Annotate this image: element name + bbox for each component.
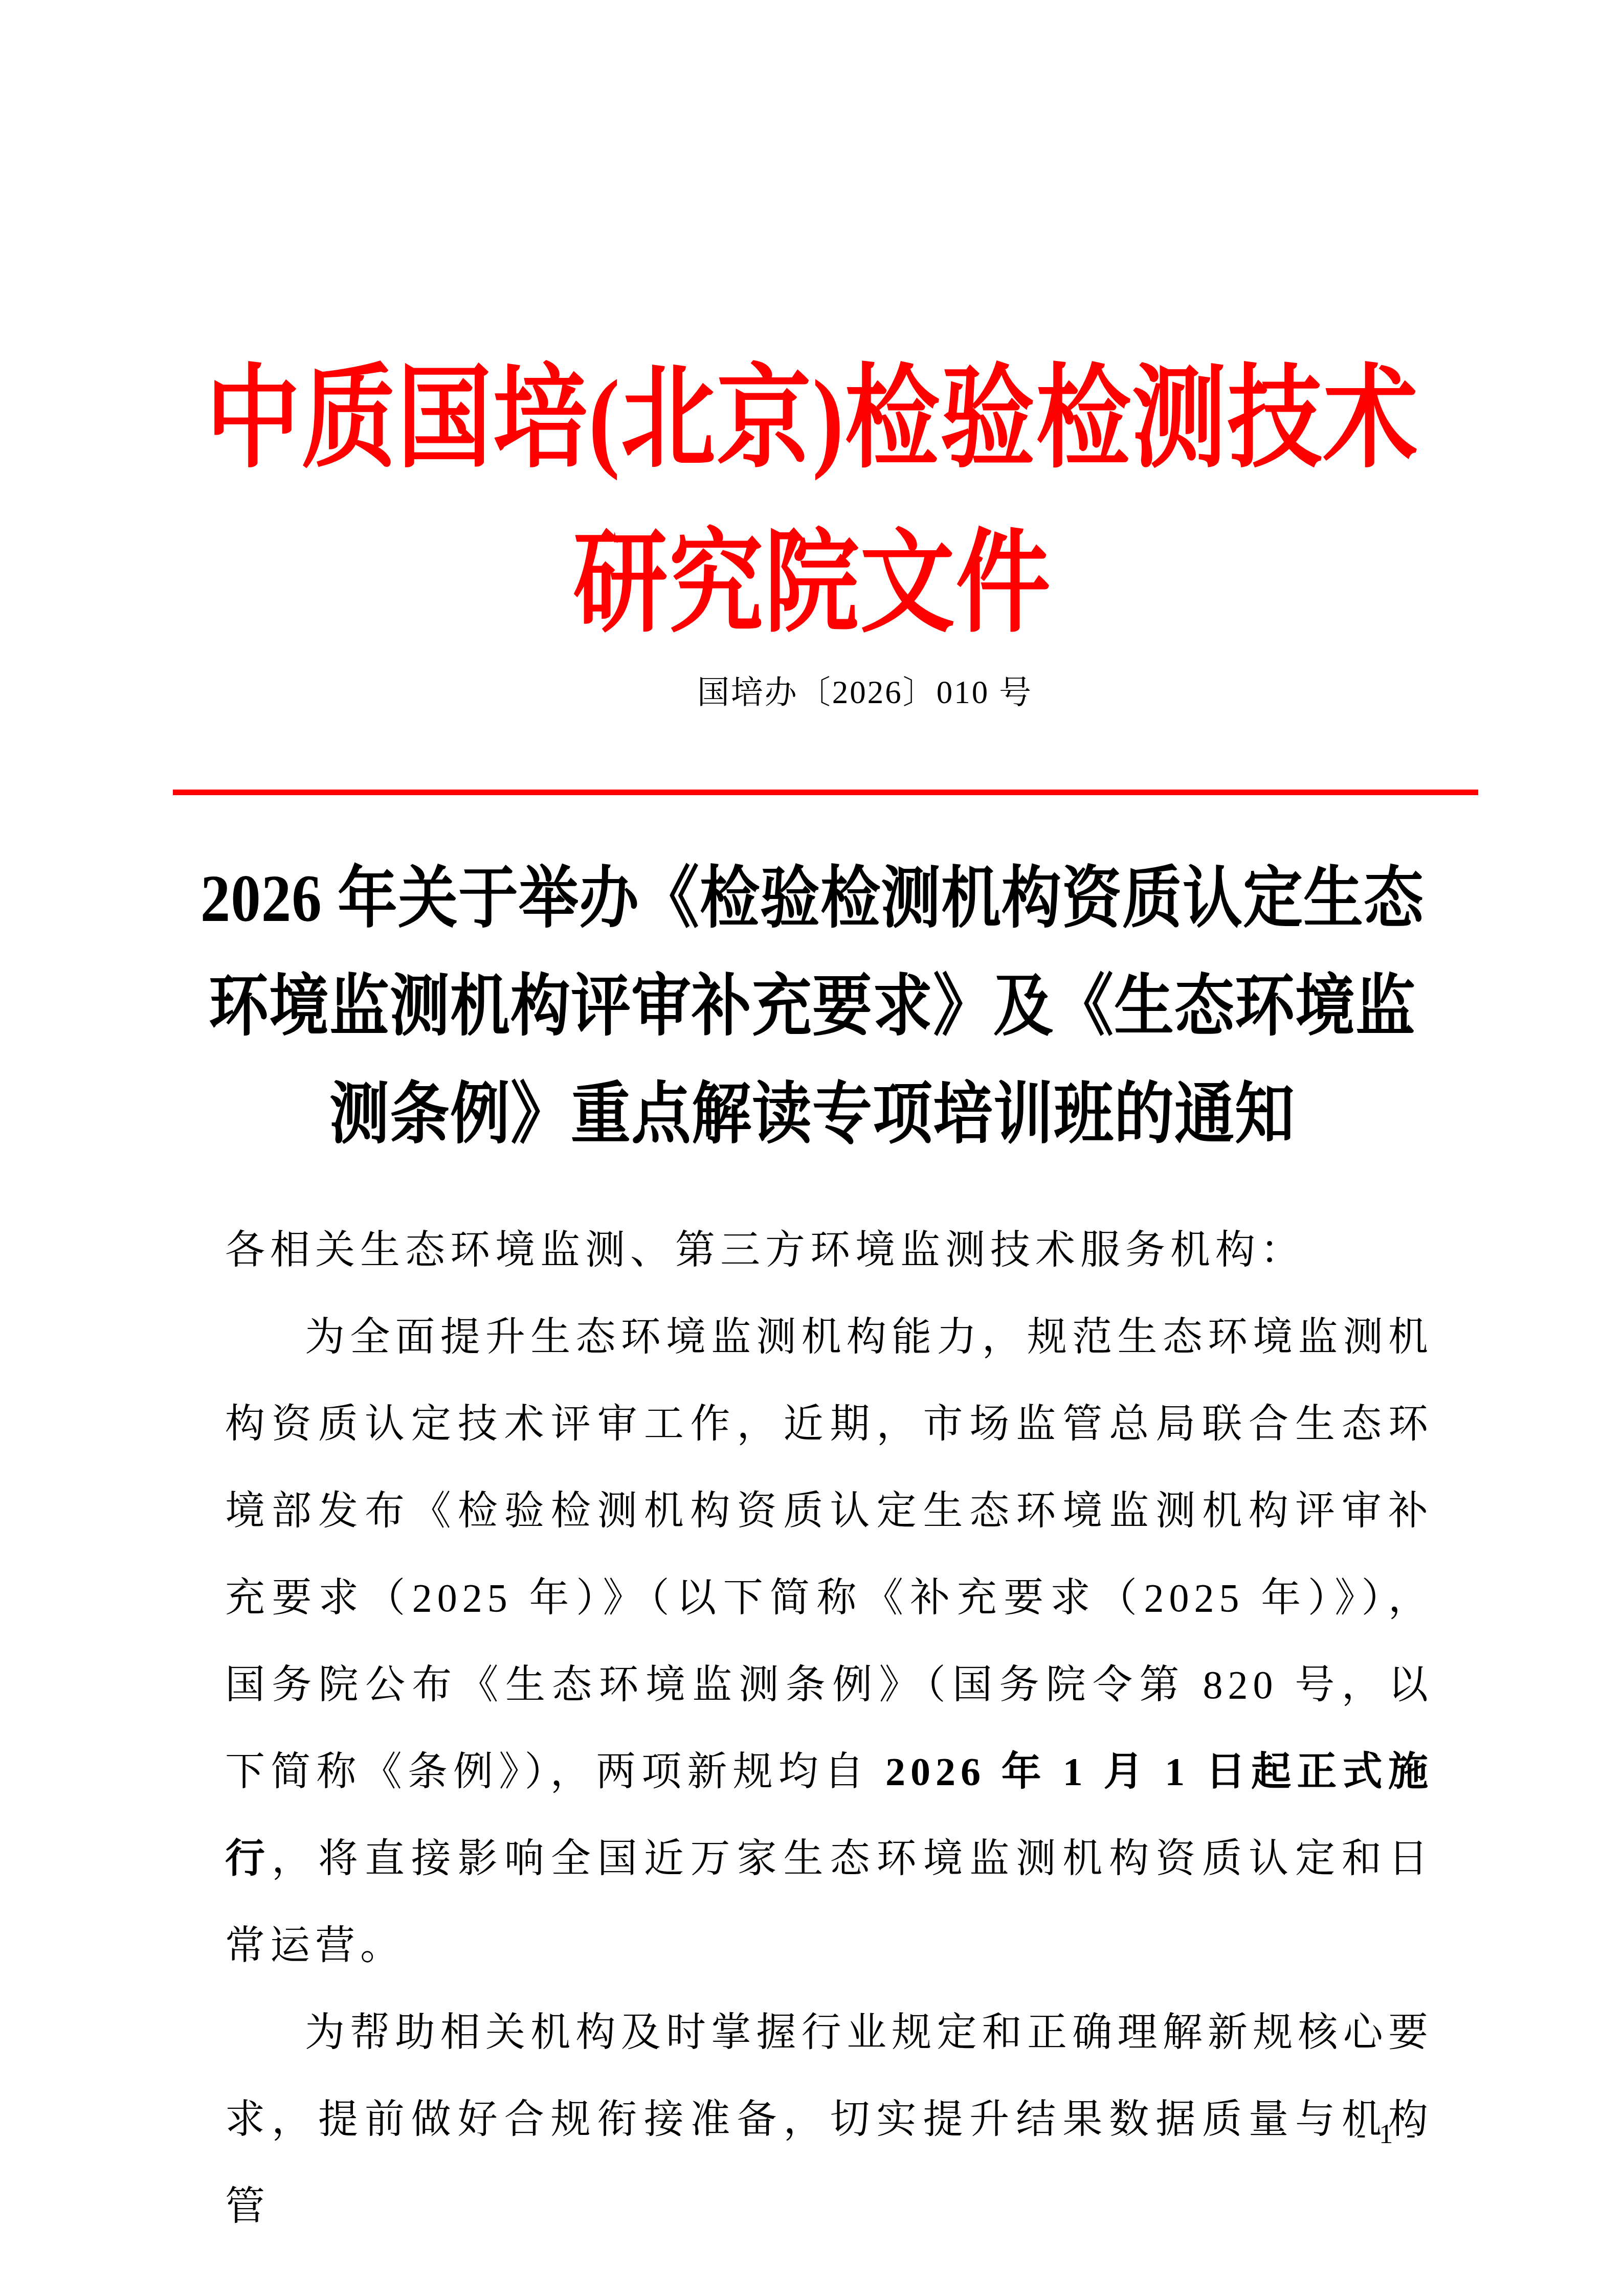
document-page: 中质国培(北京)检验检测技术 研究院文件 国培办〔2026〕010 号 2026… [0, 0, 1624, 2296]
notice-title-line-2: 环境监测机构评审补充要求》及《生态环境监 [173, 946, 1452, 1067]
notice-title-line-1: 2026 年关于举办《检验检测机构资质认定生态 [173, 838, 1452, 959]
body-paragraph: 各相关生态环境监测、第三方环境监测技术服务机构： [225, 1207, 1433, 1294]
body-text-segment: 为帮助相关机构及时掌握行业规定和正确理解新规核心要求，提前做好合规衔接准备，切实… [225, 2010, 1433, 2229]
page-number: - 1 - [1356, 2116, 1419, 2152]
body-paragraph: 为帮助相关机构及时掌握行业规定和正确理解新规核心要求，提前做好合规衔接准备，切实… [225, 1989, 1433, 2250]
notice-title-line-3: 测条例》重点解读专项培训班的通知 [173, 1054, 1452, 1175]
doc-number: 国培办〔2026〕010 号 [226, 669, 1504, 716]
body-text-segment: 各相关生态环境监测、第三方环境监测技术服务机构： [225, 1228, 1305, 1272]
body-text-segment: 为全面提升生态环境监测机构能力，规范生态环境监测机构资质认定技术评审工作，近期，… [225, 1315, 1433, 1794]
notice-body: 各相关生态环境监测、第三方环境监测技术服务机构：为全面提升生态环境监测机构能力，… [225, 1207, 1433, 2250]
body-paragraph: 为全面提升生态环境监测机构能力，规范生态环境监测机构资质认定技术评审工作，近期，… [225, 1294, 1433, 1989]
org-title-line-2: 研究院文件 [173, 487, 1452, 682]
red-divider-line [173, 790, 1478, 795]
body-text-segment: ，将直接影响全国近万家生态环境监测机构资质认定和日常运营。 [225, 1836, 1433, 1968]
org-title: 中质国培(北京)检验检测技术 研究院文件 [173, 337, 1452, 667]
notice-title: 2026 年关于举办《检验检测机构资质认定生态 环境监测机构评审补充要求》及《生… [173, 845, 1452, 1168]
